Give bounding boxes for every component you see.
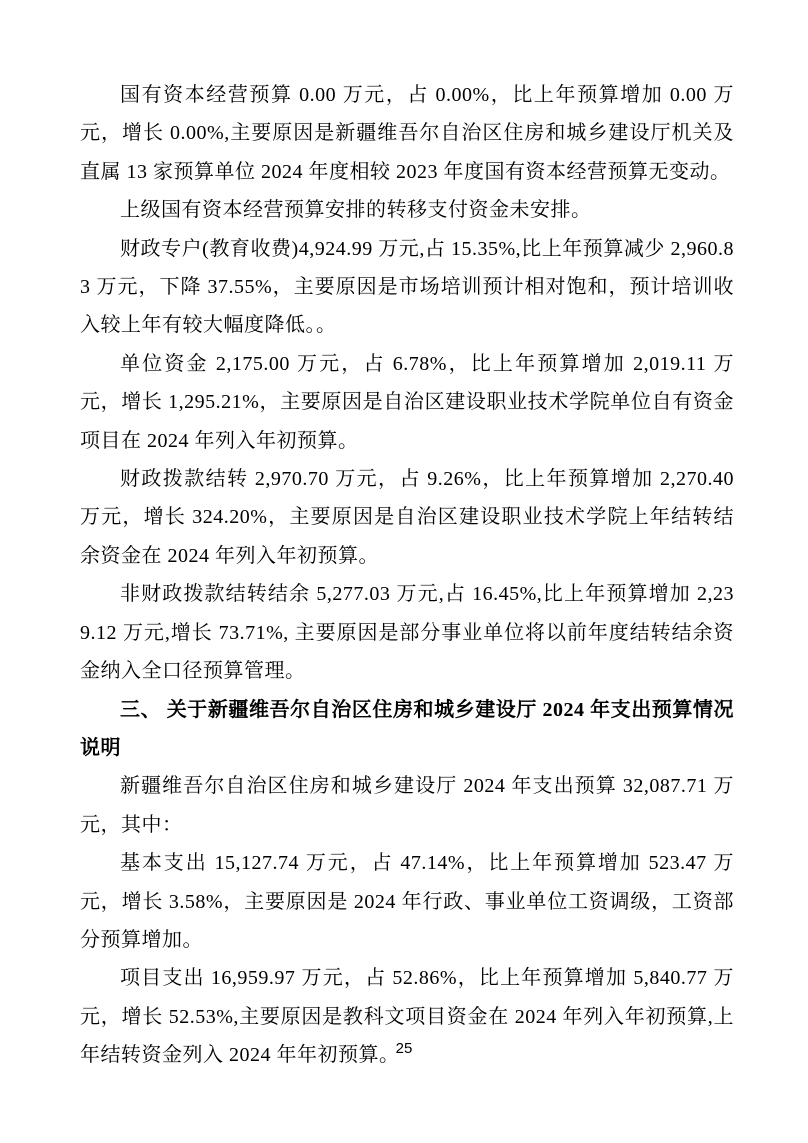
paragraph: 财政拨款结转 2,970.70 万元，占 9.26%，比上年预算增加 2,270… <box>80 460 734 575</box>
page-number: 25 <box>0 1040 808 1057</box>
paragraph: 单位资金 2,175.00 万元，占 6.78%，比上年预算增加 2,019.1… <box>80 345 734 460</box>
document-page: 国有资本经营预算 0.00 万元，占 0.00%，比上年预算增加 0.00 万元… <box>0 0 808 1143</box>
document-body: 国有资本经营预算 0.00 万元，占 0.00%，比上年预算增加 0.00 万元… <box>80 76 734 1075</box>
paragraph: 项目支出 16,959.97 万元，占 52.86%，比上年预算增加 5,840… <box>80 959 734 1074</box>
paragraph: 新疆维吾尔自治区住房和城乡建设厅 2024 年支出预算 32,087.71 万元… <box>80 767 734 844</box>
paragraph: 财政专户(教育收费)4,924.99 万元,占 15.35%,比上年预算减少 2… <box>80 230 734 345</box>
paragraph: 上级国有资本经营预算安排的转移支付资金未安排。 <box>80 191 734 229</box>
section-heading: 三、 关于新疆维吾尔自治区住房和城乡建设厅 2024 年支出预算情况说明 <box>80 691 734 768</box>
paragraph: 基本支出 15,127.74 万元，占 47.14%，比上年预算增加 523.4… <box>80 844 734 959</box>
paragraph: 国有资本经营预算 0.00 万元，占 0.00%，比上年预算增加 0.00 万元… <box>80 76 734 191</box>
paragraph: 非财政拨款结转结余 5,277.03 万元,占 16.45%,比上年预算增加 2… <box>80 575 734 690</box>
